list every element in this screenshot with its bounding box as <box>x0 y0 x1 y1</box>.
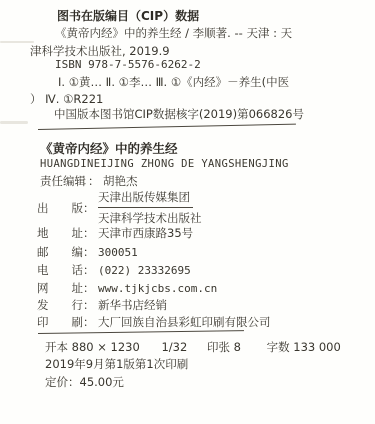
info-row-phone: 电话 ： (022) 23332695 <box>37 262 191 278</box>
postcode-value: 300051 <box>98 246 138 259</box>
word-count: 字数 133 000 <box>267 339 341 355</box>
address-label: 地址 <box>37 225 83 241</box>
info-row-address: 地址 ： 天津市西康路35号 <box>37 225 193 241</box>
book-title-pinyin: HUANGDINEIJING ZHONG DE YANGSHENGJING <box>40 158 289 170</box>
colon: ： <box>83 280 96 296</box>
label-char: 编 <box>72 244 84 260</box>
label-char: 行 <box>72 297 84 313</box>
info-row-website: 网址 ： www.tjkjcbs.com.cn <box>37 280 217 296</box>
divider-top <box>38 124 296 130</box>
colon: ： <box>83 262 96 278</box>
info-row-editor: 责任编辑：胡艳杰 <box>40 173 138 189</box>
info-row-postcode: 邮编 ： 300051 <box>37 244 138 260</box>
price-line: 定价：45.00元 <box>45 374 124 390</box>
edition-line: 2019年9月第1版第1次印刷 <box>45 356 188 372</box>
format-row: 开本 880 × 1230 1/32 印张 8 字数 133 000 <box>45 339 341 355</box>
editor-value: 胡艳杰 <box>103 173 138 189</box>
printing-label: 印刷 <box>37 314 83 330</box>
label-char: 址 <box>72 225 84 241</box>
format-fraction: 1/32 <box>161 340 187 354</box>
copyright-page: 图书在版编目（CIP）数据 《黄帝内经》中的养生经 / 李顺著. -- 天津 :… <box>0 0 375 424</box>
isbn-line: ISBN 978-7-5576-6262-2 <box>55 58 201 71</box>
cip-heading: 图书在版编目（CIP）数据 <box>57 7 199 24</box>
scan-smudge <box>0 41 34 43</box>
sheet-count: 印张 8 <box>207 339 241 355</box>
postcode-label: 邮编 <box>37 244 83 260</box>
cip-record-number: 中国版本图书馆CIP数据核字(2019)第066826号 <box>54 106 304 122</box>
colon: ： <box>83 297 96 313</box>
colon: ： <box>88 173 101 189</box>
label-char: 发 <box>37 297 49 313</box>
phone-value: (022) 23332695 <box>98 264 191 277</box>
editor-label: 责任编辑 <box>40 173 88 189</box>
publisher-label: 出版 <box>37 200 83 216</box>
label-char: 邮 <box>37 244 49 260</box>
label-char: 印 <box>37 314 49 330</box>
classification-line-2: ） Ⅳ. ①R221 <box>30 91 103 107</box>
colon: ： <box>83 200 96 216</box>
publisher-group: 天津出版传媒集团 <box>98 189 193 208</box>
label-char: 电 <box>37 262 49 278</box>
label-char: 网 <box>37 280 49 296</box>
address-value: 天津市西康路35号 <box>98 225 193 241</box>
info-row-publisher: 出版 ： 天津出版传媒集团 天津科学技术出版社 <box>37 189 202 226</box>
website-value: www.tjkjcbs.com.cn <box>98 282 217 295</box>
phone-label: 电话 <box>37 262 83 278</box>
label-char: 刷 <box>72 314 84 330</box>
info-row-printing: 印刷 ： 大厂回族自治县彩虹印刷有限公司 <box>37 314 271 330</box>
colon: ： <box>83 225 96 241</box>
label-char: 版 <box>72 200 84 216</box>
distribution-label: 发行 <box>37 297 83 313</box>
info-row-distribution: 发行 ： 新华书店经销 <box>37 297 167 313</box>
printing-value: 大厂回族自治县彩虹印刷有限公司 <box>98 314 271 330</box>
publisher-name: 天津科学技术出版社 <box>98 208 202 226</box>
scan-smudge <box>0 121 28 124</box>
label-char: 话 <box>72 262 84 278</box>
cip-title-line: 《黄帝内经》中的养生经 / 李顺著. -- 天津 : 天 <box>55 25 292 41</box>
publisher-stack: 天津出版传媒集团 天津科学技术出版社 <box>98 189 202 226</box>
colon: ： <box>83 314 96 330</box>
website-label: 网址 <box>37 280 83 296</box>
divider-bottom <box>38 330 244 334</box>
label-char: 地 <box>37 225 49 241</box>
book-title: 《黄帝内经》中的养生经 <box>40 139 178 157</box>
distribution-value: 新华书店经销 <box>98 297 167 313</box>
label-char: 址 <box>72 280 84 296</box>
cip-publisher-line: 津科学技术出版社, 2019.9 <box>30 43 170 59</box>
format-size: 开本 880 × 1230 <box>45 339 140 355</box>
label-char: 出 <box>37 200 49 216</box>
classification-line-1: Ⅰ. ①黄… Ⅱ. ①李… Ⅲ. ①《内经》－养生(中医 <box>58 74 289 90</box>
colon: ： <box>83 244 96 260</box>
